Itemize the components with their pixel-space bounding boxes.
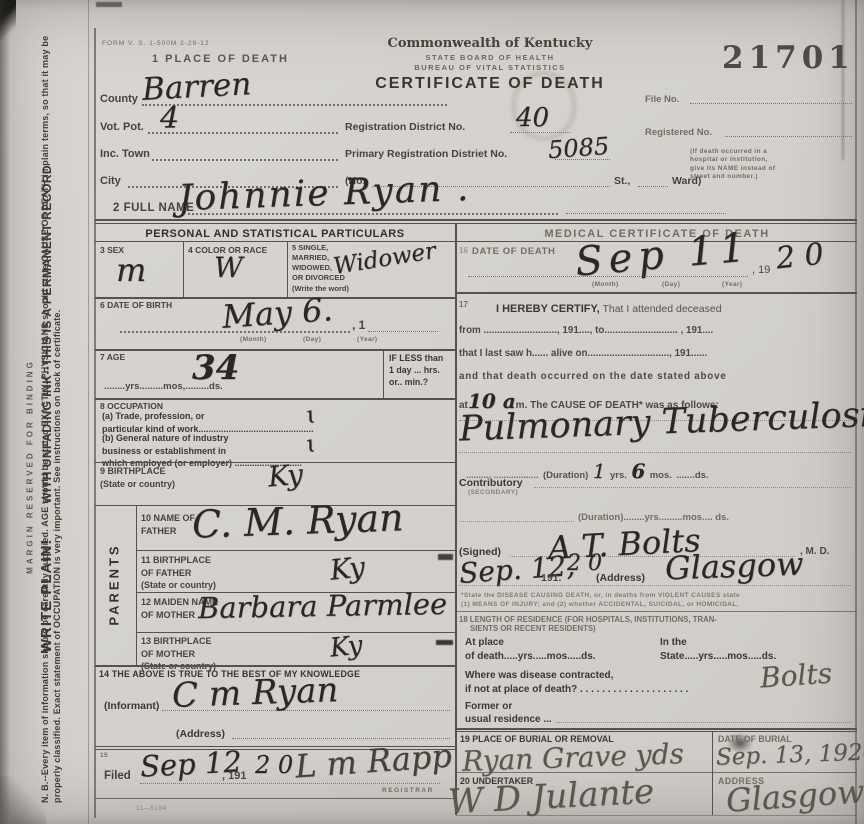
at-place-label-2: of death.....yrs.....mos.....ds. <box>465 651 596 662</box>
registrar-label: REGISTRAR <box>382 787 434 794</box>
certify-line-1-bold: I HEREBY CERTIFY, <box>496 303 600 315</box>
place-of-death-label: 1 PLACE OF DEATH <box>152 53 289 65</box>
informant-label: (Informant) <box>104 700 159 712</box>
age-label: 7 AGE <box>100 352 125 362</box>
signed-date-leader <box>459 585 851 586</box>
dod-number: 16 <box>459 246 468 255</box>
dob-year-printed: , 1 <box>352 318 365 332</box>
scan-left-edge-shade <box>0 0 10 824</box>
form-code: FORM V. S. 1-500M 2-29-12 <box>102 40 210 47</box>
margin-nb-note: N. B.--Every item of information should … <box>39 19 101 803</box>
filed-number: 15 <box>100 752 108 759</box>
state-board-line: STATE BOARD OF HEALTH <box>360 53 620 62</box>
age-ifless-divider <box>383 349 384 398</box>
certify-line-3: that I last saw h...... alive on........… <box>459 348 707 359</box>
dob-month-sublabel: (Month) <box>240 336 267 343</box>
father-birthplace-value: Ky <box>329 553 367 585</box>
bureau-line: BUREAU OF VITAL STATISTICS <box>360 63 620 72</box>
duration1-ds-label: .......ds. <box>676 470 708 481</box>
parents-vertical-label: PARENTS <box>107 535 122 635</box>
dob-line <box>120 331 350 333</box>
dob-label: 6 DATE OF BIRTH <box>100 300 172 310</box>
hospital-note: (If death occurred in a hospital or inst… <box>690 148 775 182</box>
in-the-label-1: In the <box>660 637 687 648</box>
contributory-label: Contributory <box>459 477 523 489</box>
dob-year-line <box>368 331 438 332</box>
parents-bottom-rule <box>95 665 455 667</box>
note-bottom-rule <box>456 611 857 612</box>
violent-causes-note-2: (1) MEANS OF INJURY; and (2) whether ACC… <box>461 601 853 608</box>
undertaker-value: W D Julante <box>447 775 655 820</box>
burial-middle-rule <box>456 772 857 773</box>
primary-reg-value: 5085 <box>547 134 610 162</box>
personal-title-rule <box>95 241 455 242</box>
inc-town-line <box>152 159 338 161</box>
md-label: , M. D. <box>800 546 829 557</box>
margin-binding-note: MARGIN RESERVED FOR BINDING <box>26 317 35 617</box>
full-name-value: Johnnie Ryan . <box>177 171 470 217</box>
former-residence-label-1: Former or <box>465 701 512 712</box>
duration-line-2: (Duration)........yrs.........mos.... ds… <box>578 512 729 523</box>
county-label: County <box>100 93 138 105</box>
certificate-number: 21701 <box>722 40 855 76</box>
county-value: Barren <box>141 69 252 106</box>
in-the-label-2: State.....yrs.....mos.....ds. <box>660 651 776 662</box>
certify-line-1-rest: That I attended deceased <box>600 303 722 315</box>
column-divider-line <box>455 223 457 815</box>
dod-year-hand: 2 0 <box>775 240 826 275</box>
age-value: 34 <box>192 351 239 385</box>
dod-year-printed: , 19 <box>752 264 770 276</box>
father-birthplace-label: 11 BIRTHPLACE OF FATHER (State or countr… <box>141 554 216 592</box>
burial-top-rule-2 <box>456 731 857 732</box>
header-divider-rule <box>95 219 857 221</box>
vot-pot-label: Vot. Pot. <box>100 121 144 133</box>
city-ward-label: Ward) <box>672 175 701 187</box>
former-residence-label-2: usual residence ... <box>465 714 552 725</box>
color-race-value: W <box>214 254 243 282</box>
color-marital-divider <box>287 241 288 297</box>
violent-causes-note-1: *State the DISEASE CAUSING DEATH, or, in… <box>461 592 853 599</box>
burial-column-divider <box>712 731 713 815</box>
contracted-label-1: Where was disease contracted, <box>465 670 613 681</box>
filed-label: Filed <box>104 770 131 782</box>
file-no-line <box>690 103 852 104</box>
city-label: City <box>100 175 121 187</box>
city-st-line <box>638 186 668 187</box>
inc-town-label: Inc. Town <box>100 148 150 160</box>
burial-date-value: Sep. 13, 1920 <box>716 741 864 770</box>
reg-district-label: Registration District No. <box>345 121 465 133</box>
contracted-value: Bolts <box>759 660 833 693</box>
header-divider-rule-2 <box>95 223 857 224</box>
dob-bottom-rule <box>95 349 455 351</box>
contracted-label-2: if not at place of death? . . . . . . . … <box>465 684 688 695</box>
mother-birthplace-value: Ky <box>329 632 364 661</box>
mother-name-value: Barbara Parmlee <box>198 590 448 623</box>
sex-color-divider <box>183 241 184 297</box>
signed-address-value: Glasgow <box>664 548 803 585</box>
death-certificate-scan: MARGIN RESERVED FOR BINDING WRITE PLAIN!… <box>0 0 864 824</box>
pen-dash-artifact-2 <box>436 640 453 645</box>
dob-year-sublabel: (Year) <box>357 336 377 343</box>
dod-line <box>468 276 748 277</box>
duration1-yrs-value: 1 <box>593 459 606 483</box>
burial-place-value: Ryan Grave yds <box>462 740 685 776</box>
full-name-line-2 <box>566 213 726 214</box>
dod-month-sublabel: (Month) <box>592 281 619 288</box>
signed-year-printed: 191. <box>541 572 561 584</box>
birthplace-value: Ky <box>267 461 304 492</box>
dod-year-sublabel: (Year) <box>722 281 742 288</box>
left-column-bottom-rule <box>95 798 455 799</box>
form-footer-code: 11—5184 <box>136 805 167 812</box>
filed-year-hand: 2 0 <box>255 753 293 777</box>
certify-number: 17 <box>459 300 468 309</box>
dod-label: DATE OF DEATH <box>472 246 555 257</box>
residence-label-1: 18 LENGTH OF RESIDENCE (FOR HOSPITALS, I… <box>459 615 717 624</box>
residence-label-2: SIENTS OR RECENT RESIDENTS) <box>470 624 596 633</box>
city-st-label: St., <box>614 175 630 187</box>
father-name-label: 10 NAME OF FATHER <box>141 512 195 537</box>
cause-line-2 <box>459 452 851 453</box>
mother-name-bottom-rule <box>136 632 455 633</box>
agency-header: Commonwealth of Kentucky STATE BOARD OF … <box>360 36 620 93</box>
duration1-mos-label: mos. <box>650 470 672 481</box>
filed-year-printed: , 191 <box>222 770 246 782</box>
age-bottom-rule <box>95 398 455 400</box>
duration1-mos-value: 6 <box>631 459 645 483</box>
vot-pot-value: 4 <box>160 104 179 134</box>
pen-dash-artifact-1 <box>438 554 453 560</box>
contributory-line <box>534 487 852 488</box>
if-less-label: IF LESS than 1 day ... hrs. or.. min.? <box>389 353 443 389</box>
undertaker-address-value: Glasgow <box>725 775 864 817</box>
primary-reg-label: Primary Registration Distriet No. <box>345 148 507 160</box>
dob-day-sublabel: (Day) <box>303 336 321 343</box>
file-no-label: File No. <box>645 94 679 105</box>
mother-birthplace-label: 13 BIRTHPLACE OF MOTHER (State or countr… <box>141 635 216 673</box>
commonwealth-title: Commonwealth of Kentucky <box>360 36 620 51</box>
duration1-yrs-label: yrs. <box>610 470 627 481</box>
birthplace-label: 9 BIRTHPLACE (State or country) <box>100 465 175 490</box>
duration2-leader-line <box>459 521 574 522</box>
at-place-label-1: At place <box>465 637 504 648</box>
registered-no-line <box>725 136 852 137</box>
personal-section-title: PERSONAL AND STATISTICAL PARTICULARS <box>95 228 455 240</box>
secondary-sublabel: (SECONDARY) <box>468 489 518 496</box>
certify-line-4: and that death occurred on the date stat… <box>459 371 727 382</box>
dob-value: May 6. <box>221 293 334 333</box>
certify-line-1: I HEREBY CERTIFY, That I attended deceas… <box>496 299 722 317</box>
reg-district-value: 40 <box>516 105 549 131</box>
dod-bottom-rule <box>456 292 857 294</box>
age-units-line: ........yrs.........mos,.........ds. <box>104 381 223 392</box>
scan-corner-top-left <box>0 0 16 42</box>
former-residence-line <box>556 722 852 723</box>
registrar-signature: L m Rapp <box>294 740 453 783</box>
occupation-b-value: ɩ <box>304 431 318 456</box>
right-column-bottom-rule <box>456 815 857 816</box>
scan-top-edge-mark <box>96 2 122 7</box>
duration1-label: (Duration) <box>543 470 588 481</box>
informant-address-label: (Address) <box>176 728 225 740</box>
father-name-value: C. M. Ryan <box>191 498 404 543</box>
sex-value: m <box>116 254 146 286</box>
informant-value: C m Ryan <box>171 673 338 713</box>
parents-label-divider <box>136 505 137 665</box>
certificate-title: CERTIFICATE OF DEATH <box>360 75 620 93</box>
dod-day-sublabel: (Day) <box>662 281 680 288</box>
filed-line <box>140 783 440 784</box>
certify-line-2: from ..........................., 191...… <box>459 325 713 336</box>
burial-top-rule <box>456 728 857 730</box>
registered-no-label: Registered No. <box>645 127 712 138</box>
father-name-bottom-rule <box>136 550 455 551</box>
signed-address-label: (Address) <box>596 572 645 584</box>
